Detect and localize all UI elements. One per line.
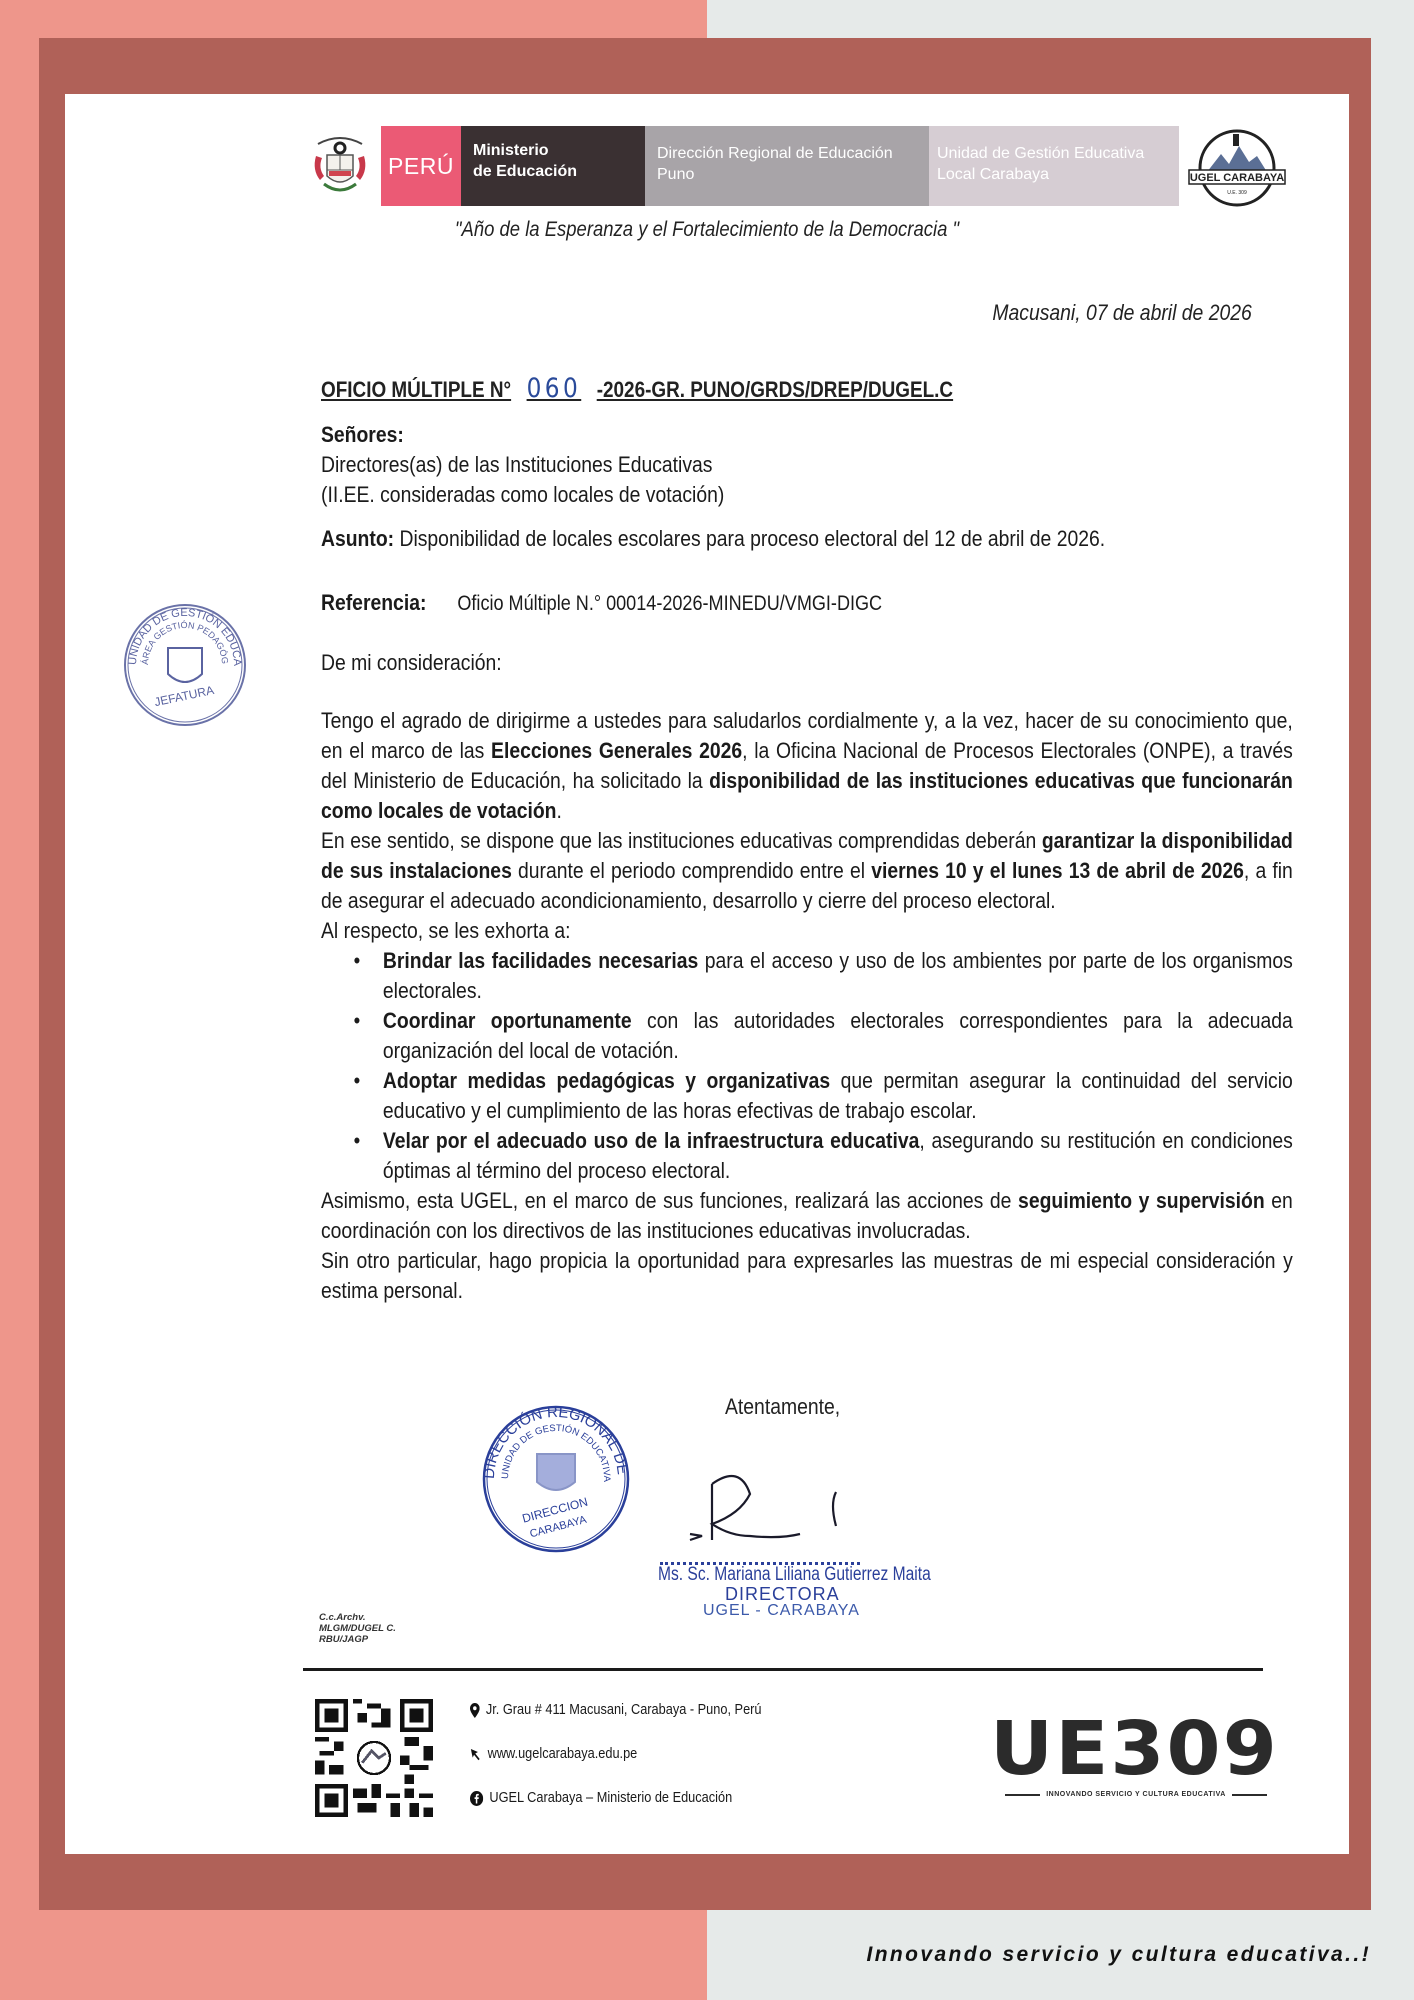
banner-peru: PERÚ	[381, 126, 461, 206]
paragraph-1: Tengo el agrado de dirigirme a ustedes p…	[321, 706, 1293, 826]
cc-line2: MLGM/DUGEL C.	[319, 1623, 396, 1634]
banner-dre-line1: Dirección Regional de Educación	[657, 143, 929, 164]
ue309-logo: UE309	[990, 1706, 1279, 1792]
ue309-tagline-text: INNOVANDO SERVICIO Y CULTURA EDUCATIVA	[1046, 1791, 1226, 1798]
addressee-line2: (II.EE. consideradas como locales de vot…	[321, 480, 1327, 510]
svg-text:U.E. 309: U.E. 309	[1227, 190, 1247, 196]
banner-ministry-line2: de Educación	[473, 161, 645, 182]
place-date: Macusani, 07 de abril de 2026	[993, 300, 1252, 326]
map-pin-icon	[470, 1703, 480, 1718]
list-item: Coordinar oportunamente con las autorida…	[383, 1006, 1293, 1066]
oficio-number: 060	[511, 373, 597, 404]
website-link[interactable]: www.ugelcarabaya.edu.pe	[488, 1746, 638, 1762]
qr-code[interactable]	[315, 1699, 433, 1817]
cc-line1: C.c.Archv.	[319, 1612, 396, 1623]
address-text: Jr. Grau # 411 Macusani, Carabaya - Puno…	[486, 1702, 762, 1718]
reference-label: Referencia:	[321, 590, 426, 615]
ue309-tagline: INNOVANDO SERVICIO Y CULTURA EDUCATIVA	[1005, 1791, 1267, 1798]
exhortation-list: Brindar las facilidades necesarias para …	[321, 946, 1293, 1186]
peru-coat-of-arms-icon	[310, 130, 370, 200]
oficio-prefix: OFICIO MÚLTIPLE N°	[321, 377, 511, 402]
signatory-name: Ms. Sc. Mariana Liliana Gutierrez Maita	[658, 1564, 931, 1586]
banner-ministry-line1: Ministerio	[473, 140, 645, 161]
paragraph-3: Al respecto, se les exhorta a:	[321, 916, 1293, 946]
facebook-link[interactable]: UGEL Carabaya – Ministerio de Educación	[489, 1790, 732, 1806]
jefatura-stamp-icon: UNIDAD DE GESTIÓN EDUCATIVA LOCAL - CARA…	[120, 600, 250, 730]
banner-ugel-carabaya: Unidad de Gestión Educativa Local Caraba…	[929, 126, 1179, 206]
salutation: De mi consideración:	[321, 650, 1327, 676]
oficio-suffix: -2026-GR. PUNO/GRDS/DREP/DUGEL.C	[597, 377, 953, 402]
tagline-rule-left	[1005, 1794, 1040, 1796]
document-page: PERÚ Ministerio de Educación Dirección R…	[65, 94, 1349, 1854]
footer-divider	[303, 1668, 1263, 1671]
list-item: Brindar las facilidades necesarias para …	[383, 946, 1293, 1006]
year-motto: "Año de la Esperanza y el Fortalecimient…	[142, 218, 1272, 242]
cc-line3: RBU/JAGP	[319, 1634, 396, 1645]
reference-text: Oficio Múltiple N.° 00014-2026-MINEDU/VM…	[457, 592, 882, 615]
addressee-label: Señores:	[321, 422, 404, 447]
banner-ugel-line1: Unidad de Gestión Educativa	[937, 143, 1179, 164]
banner-dre-puno: Dirección Regional de Educación Puno	[645, 126, 929, 206]
banner-dre-line2: Puno	[657, 164, 929, 185]
cursor-pointer-icon	[470, 1748, 481, 1761]
facebook-icon	[470, 1791, 483, 1806]
subject-text: Disponibilidad de locales escolares para…	[399, 526, 1105, 551]
list-item: Velar por el adecuado uso de la infraest…	[383, 1126, 1293, 1186]
svg-text:JEFATURA: JEFATURA	[153, 683, 215, 709]
banner-ugel-line2: Local Carabaya	[937, 164, 1179, 185]
tagline-rule-right	[1232, 1794, 1267, 1796]
list-item: Adoptar medidas pedagógicas y organizati…	[383, 1066, 1293, 1126]
subject-label: Asunto:	[321, 526, 394, 551]
closing: Atentamente,	[725, 1394, 840, 1420]
carbon-copy: C.c.Archv. MLGM/DUGEL C. RBU/JAGP	[319, 1612, 396, 1645]
oficio-title: OFICIO MÚLTIPLE N°060-2026-GR. PUNO/GRDS…	[321, 373, 953, 404]
addressee-block: Señores: Directores(as) de las Instituci…	[321, 420, 1327, 510]
footer-address: Jr. Grau # 411 Macusani, Carabaya - Puno…	[470, 1702, 762, 1718]
addressee-line1: Directores(as) de las Instituciones Educ…	[321, 450, 1327, 480]
reference-line: Referencia:Oficio Múltiple N.° 00014-202…	[321, 590, 1327, 616]
signatory-unit: UGEL - CARABAYA	[703, 1602, 860, 1620]
signature-area: Atentamente, DIRECCIÓN REGIONAL DE EDUCA…	[65, 1384, 1349, 1624]
paragraph-4: Asimismo, esta UGEL, en el marco de sus …	[321, 1186, 1293, 1246]
letter-body: Tengo el agrado de dirigirme a ustedes p…	[321, 706, 1293, 1306]
direccion-stamp-icon: DIRECCIÓN REGIONAL DE EDUCACIÓN PUNO UNI…	[481, 1404, 631, 1554]
footer-website[interactable]: www.ugelcarabaya.edu.pe	[470, 1746, 637, 1762]
page-tagline: Innovando servicio y cultura educativa..…	[866, 1943, 1371, 1967]
paragraph-2: En ese sentido, se dispone que las insti…	[321, 826, 1293, 916]
svg-text:UGEL CARABAYA: UGEL CARABAYA	[1190, 172, 1284, 184]
signature-scribble-icon	[650, 1444, 860, 1554]
banner-ministry: Ministerio de Educación	[461, 126, 645, 206]
ugel-carabaya-logo-icon: UGEL CARABAYA U.E. 309	[1187, 124, 1287, 210]
footer-facebook[interactable]: UGEL Carabaya – Ministerio de Educación	[470, 1790, 732, 1806]
subject-line: Asunto: Disponibilidad de locales escola…	[321, 526, 1327, 552]
paragraph-5: Sin otro particular, hago propicia la op…	[321, 1246, 1293, 1306]
